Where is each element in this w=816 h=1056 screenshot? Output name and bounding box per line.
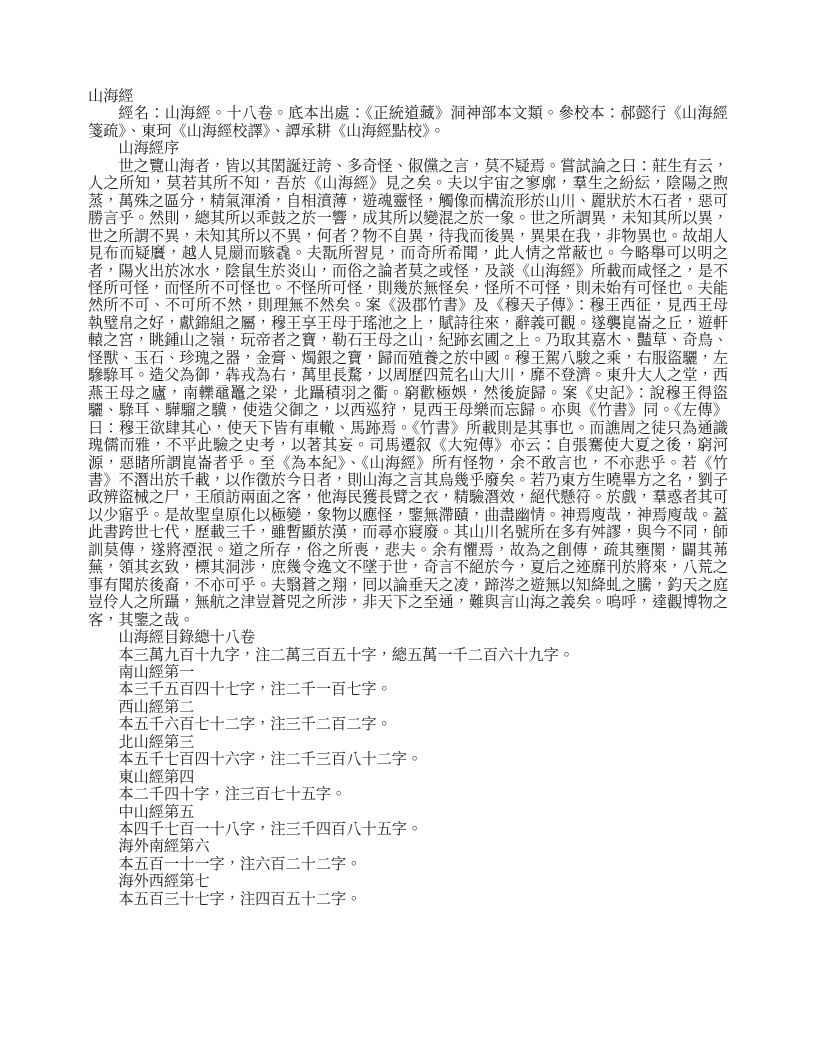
- toc-heading: 山海經目錄總十八卷: [88, 629, 728, 646]
- book-title: 山海經: [88, 88, 728, 105]
- toc-chapter-title: 東山經第四: [88, 769, 728, 786]
- toc-chapter-counts: 本五百一十一字，注六百二十二字。: [88, 856, 728, 873]
- colophon-paragraph: 經名：山海經。十八卷。底本出處：《正統道藏》洞神部本文類。參校本：郝懿行《山海經…: [88, 105, 728, 140]
- document-page: 山海經 經名：山海經。十八卷。底本出處：《正統道藏》洞神部本文類。參校本：郝懿行…: [0, 0, 816, 1056]
- toc-chapter-title: 海外西經第七: [88, 873, 728, 890]
- toc-chapter-counts: 本五千七百四十六字，注二千三百八十二字。: [88, 751, 728, 768]
- toc-chapter-counts: 本五千六百七十二字，注三千二百二字。: [88, 716, 728, 733]
- toc-chapter-title: 中山經第五: [88, 804, 728, 821]
- toc-chapter-title: 南山經第一: [88, 664, 728, 681]
- toc-chapter-counts: 本二千四十字，注三百七十五字。: [88, 786, 728, 803]
- toc-chapter-title: 西山經第二: [88, 699, 728, 716]
- toc-chapter-counts: 本五百三十七字，注四百五十二字。: [88, 891, 728, 908]
- toc-chapter-counts: 本三千五百四十七字，注二千一百七字。: [88, 681, 728, 698]
- toc-chapter-title: 海外南經第六: [88, 838, 728, 855]
- toc-chapter-title: 北山經第三: [88, 734, 728, 751]
- preface-heading: 山海經序: [88, 140, 728, 157]
- preface-text: 世之覽山海者，皆以其閎誕迂誇、多奇怪、俶儻之言，莫不疑焉。嘗試論之曰：莊生有云，…: [88, 158, 728, 629]
- toc-total-counts: 本三萬九百十九字，注二萬三百五十字，總五萬一千二百六十九字。: [88, 647, 728, 664]
- toc-chapter-counts: 本四千七百一十八字，注三千四百八十五字。: [88, 821, 728, 838]
